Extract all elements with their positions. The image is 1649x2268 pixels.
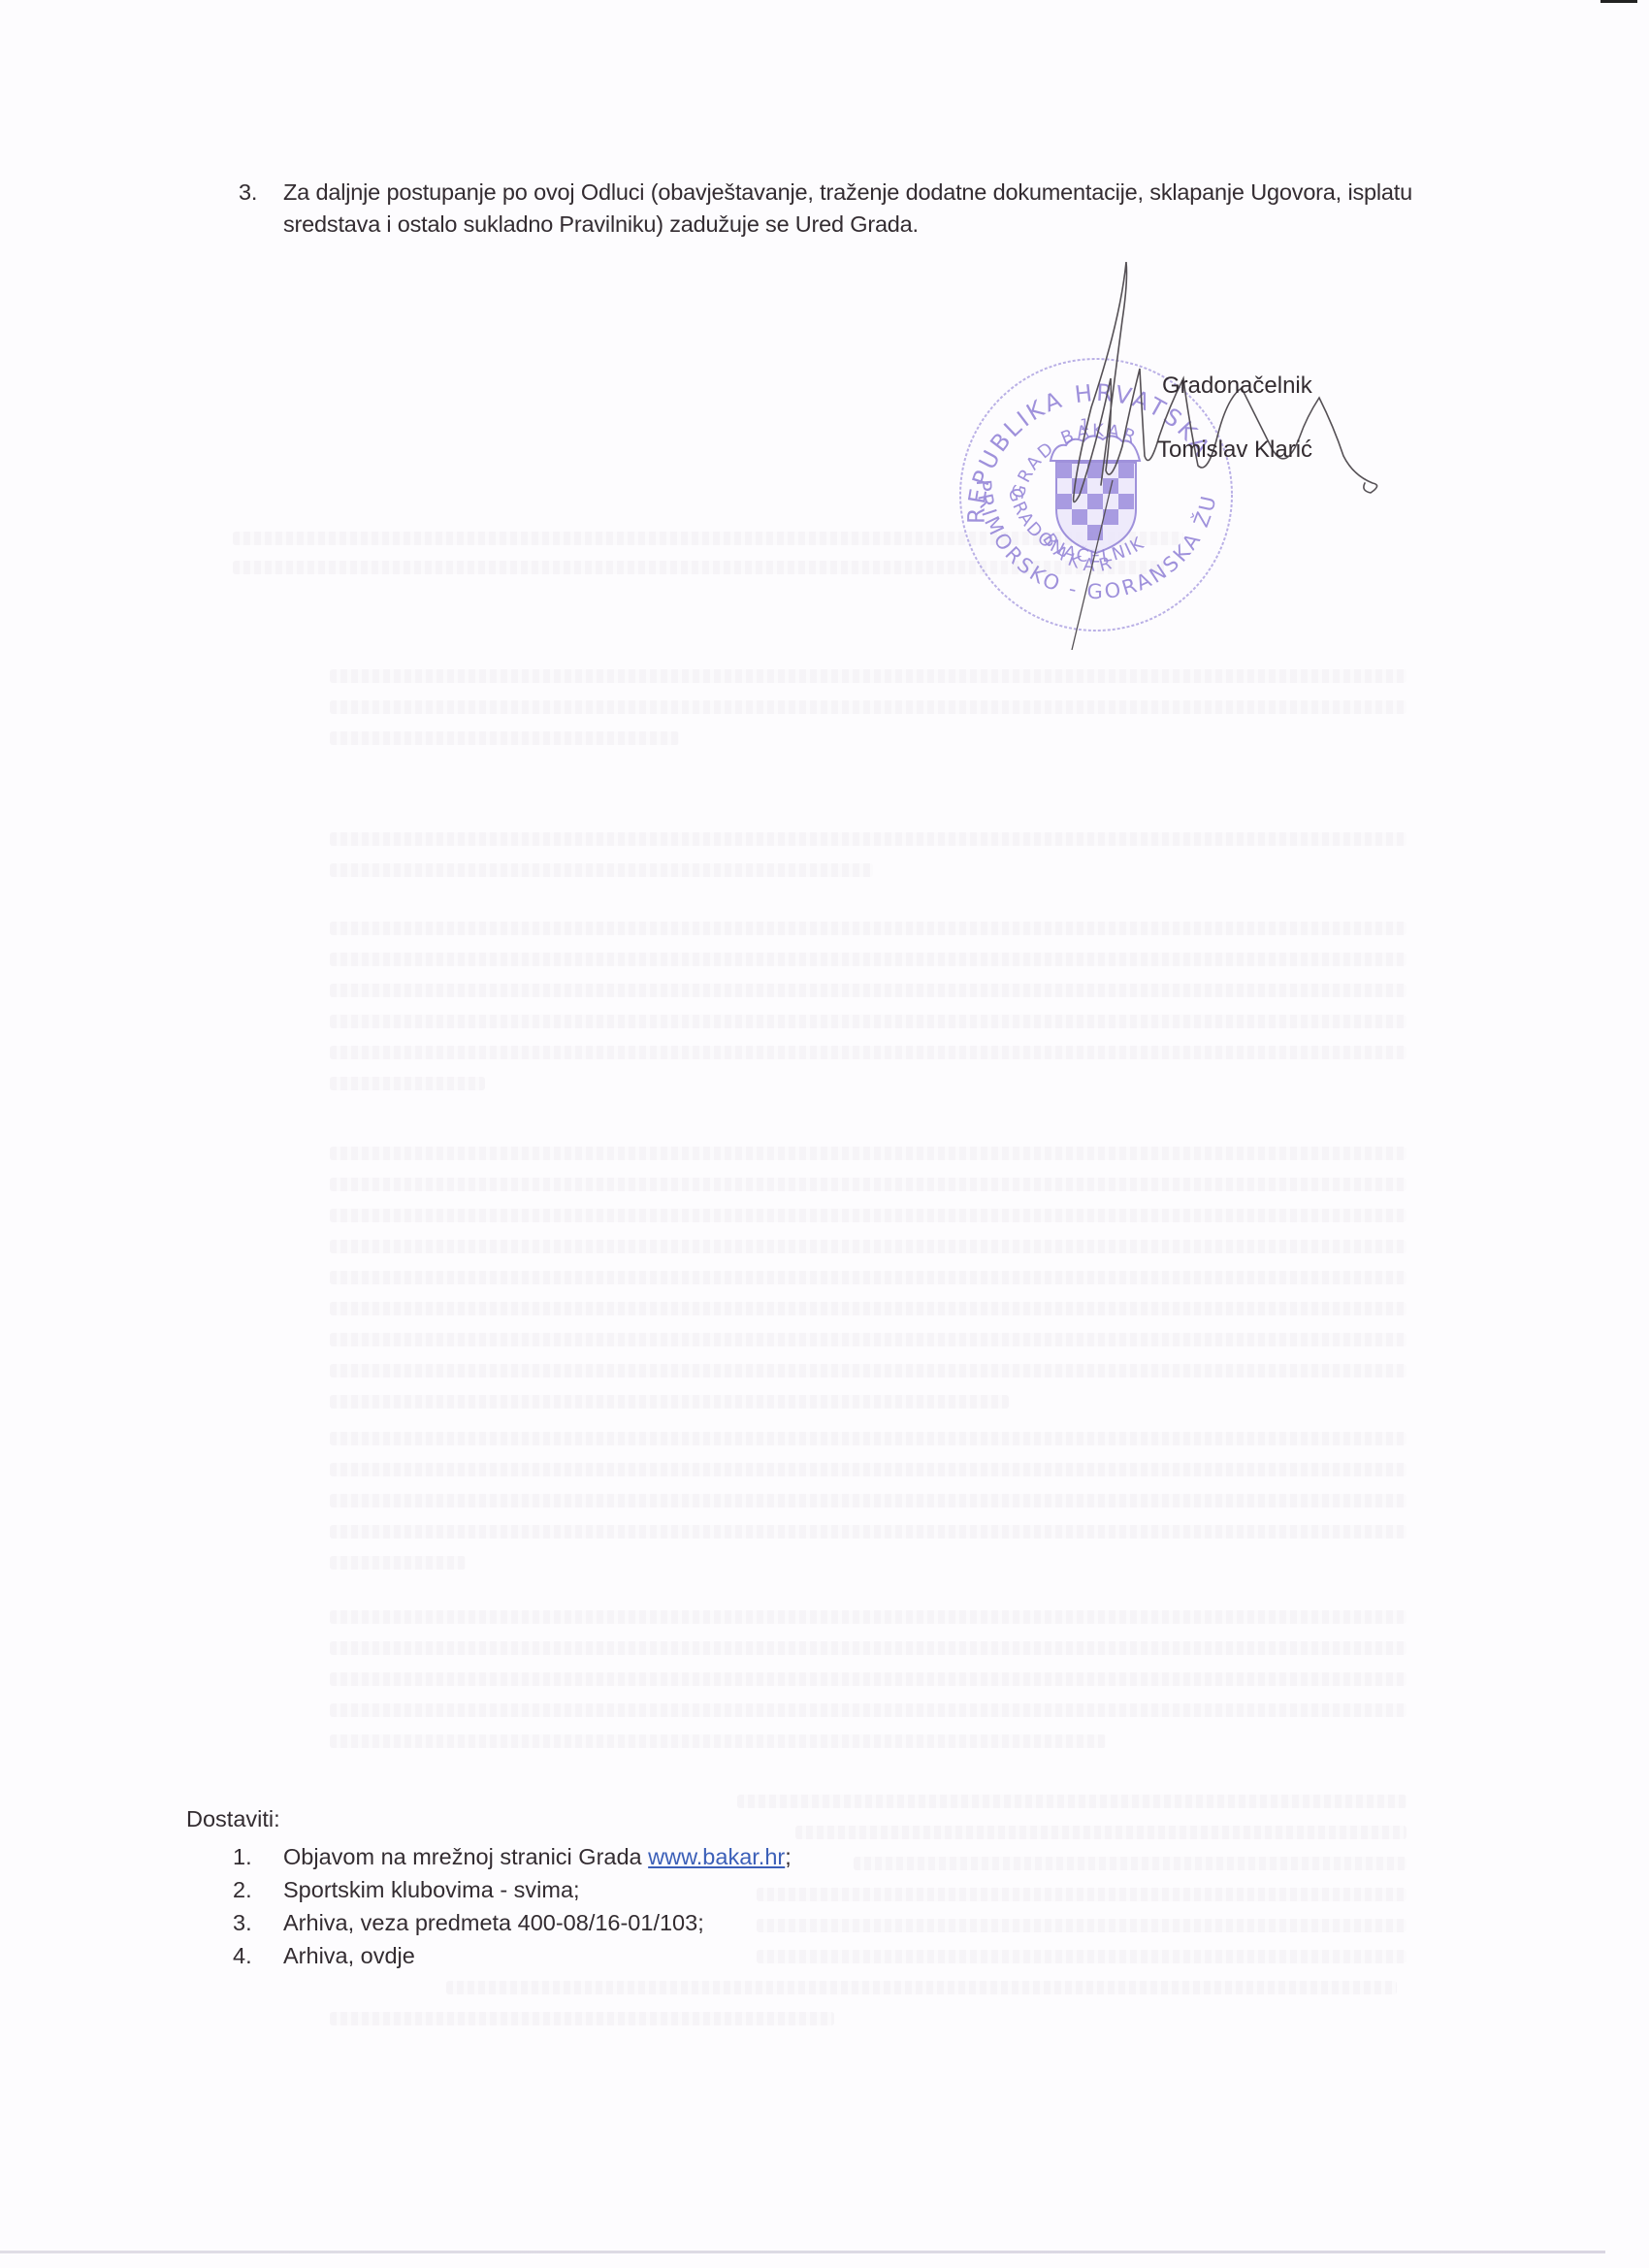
- item-text: Arhiva, veza predmeta 400-08/16-01/103;: [283, 1910, 704, 1935]
- document-page: 3. Za daljnje postupanje po ovoj Odluci …: [0, 0, 1649, 2268]
- distribution-heading: Dostaviti:: [186, 1806, 280, 1832]
- item-number: 1.: [233, 1840, 252, 1873]
- item-number: 3.: [233, 1906, 252, 1939]
- distribution-item: 2.Sportskim klubovima - svima;: [233, 1873, 792, 1906]
- distribution-item: 4.Arhiva, ovdje: [233, 1939, 792, 1972]
- item-number: 2.: [233, 1873, 252, 1906]
- item-text: Sportskim klubovima - svima;: [283, 1877, 580, 1902]
- scan-corner-mark: [1600, 0, 1637, 3]
- item-suffix: ;: [785, 1844, 792, 1869]
- scan-bottom-edge: [0, 2251, 1605, 2253]
- signatory-title: Gradonačelnik: [1162, 373, 1312, 400]
- distribution-item: 1.Objavom na mrežnoj stranici Grada www.…: [233, 1840, 792, 1873]
- item-number: 4.: [233, 1939, 252, 1972]
- item-text: Arhiva, ovdje: [283, 1943, 415, 1968]
- distribution-item: 3.Arhiva, veza predmeta 400-08/16-01/103…: [233, 1906, 792, 1939]
- item-number: 3.: [239, 177, 257, 209]
- item-text: Objavom na mrežnoj stranici Grada: [283, 1844, 648, 1869]
- signatory-name: Tomislav Klarić: [1157, 437, 1312, 464]
- distribution-list: 1.Objavom na mrežnoj stranici Grada www.…: [233, 1840, 792, 1972]
- decision-item-3: 3. Za daljnje postupanje po ovoj Odluci …: [239, 177, 1412, 241]
- website-link[interactable]: www.bakar.hr: [648, 1844, 785, 1869]
- item-text: Za daljnje postupanje po ovoj Odluci (ob…: [239, 177, 1412, 241]
